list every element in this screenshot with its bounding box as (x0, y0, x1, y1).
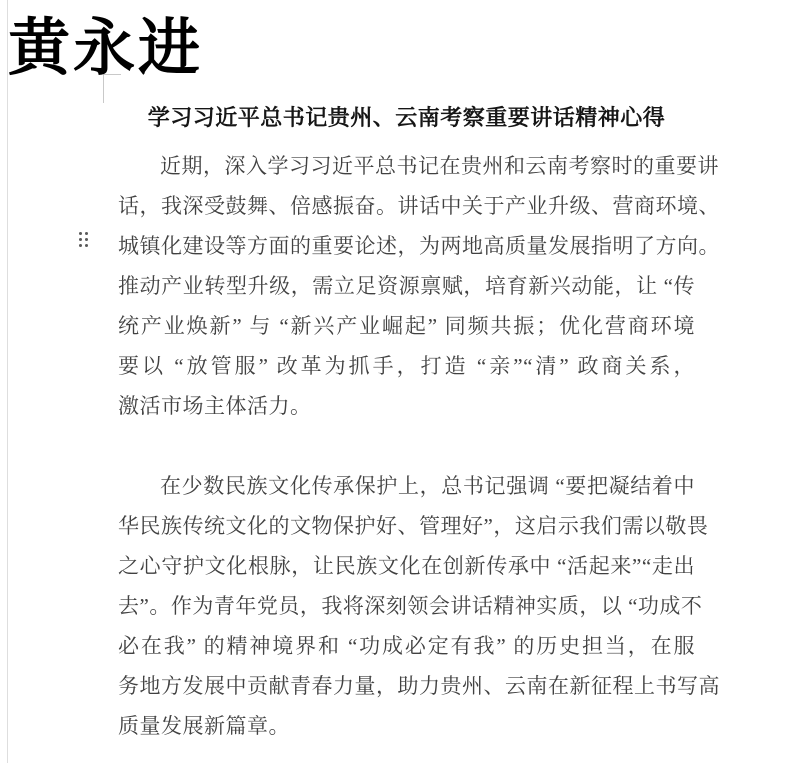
paragraph-2-line-7: 质量发展新篇章。 (118, 706, 695, 746)
paragraph-2-line-4: 去”。作为青年党员，我将深刻领会讲话精神实质，以 “功成不 (118, 586, 695, 626)
paragraph-1: 近期，深入学习习近平总书记在贵州和云南考察时的重要讲 话，我深受鼓舞、倍感振奋。… (118, 146, 695, 426)
author-name-overlay: 黄永进 (8, 12, 203, 86)
paragraph-1-line-5: 统产业焕新” 与 “新兴产业崛起” 同频共振；优化营商环境 (118, 306, 695, 346)
page-left-edge-line (7, 0, 8, 763)
paragraph-1-line-2: 话，我深受鼓舞、倍感振奋。讲话中关于产业升级、营商环境、 (118, 186, 695, 226)
paragraph-1-line-1: 近期，深入学习习近平总书记在贵州和云南考察时的重要讲 (118, 146, 695, 186)
paragraph-1-line-7: 激活市场主体活力。 (118, 386, 695, 426)
document-page: { "overlay": { "author_name": "黄永进" }, "… (0, 0, 791, 763)
document-text-area[interactable]: 学习习近平总书记贵州、云南考察重要讲话精神心得 近期，深入学习习近平总书记在贵州… (118, 98, 695, 746)
paragraph-2-line-3: 之心守护文化根脉，让民族文化在创新传承中 “活起来”“走出 (118, 546, 695, 586)
paragraph-drag-handle-icon[interactable] (79, 232, 88, 247)
paragraph-2-line-5: 必在我” 的精神境界和 “功成必定有我” 的历史担当，在服 (118, 626, 695, 666)
paragraph-2: 在少数民族文化传承保护上，总书记强调 “要把凝结着中 华民族传统文化的文物保护好… (118, 466, 695, 746)
paragraph-1-line-3: 城镇化建设等方面的重要论述，为两地高质量发展指明了方向。 (118, 226, 695, 266)
paragraph-2-line-6: 务地方发展中贡献青春力量，助力贵州、云南在新征程上书写高 (118, 666, 695, 706)
paragraph-1-line-6: 要以 “放管服” 改革为抓手，打造 “亲”“清” 政商关系， (118, 346, 695, 386)
paragraph-2-line-2: 华民族传统文化的文物保护好、管理好”，这启示我们需以敬畏 (118, 506, 695, 546)
document-title: 学习习近平总书记贵州、云南考察重要讲话精神心得 (118, 98, 695, 138)
paragraph-1-line-4: 推动产业转型升级，需立足资源禀赋，培育新兴动能，让 “传 (118, 266, 695, 306)
paragraph-2-line-1: 在少数民族文化传承保护上，总书记强调 “要把凝结着中 (118, 466, 695, 506)
